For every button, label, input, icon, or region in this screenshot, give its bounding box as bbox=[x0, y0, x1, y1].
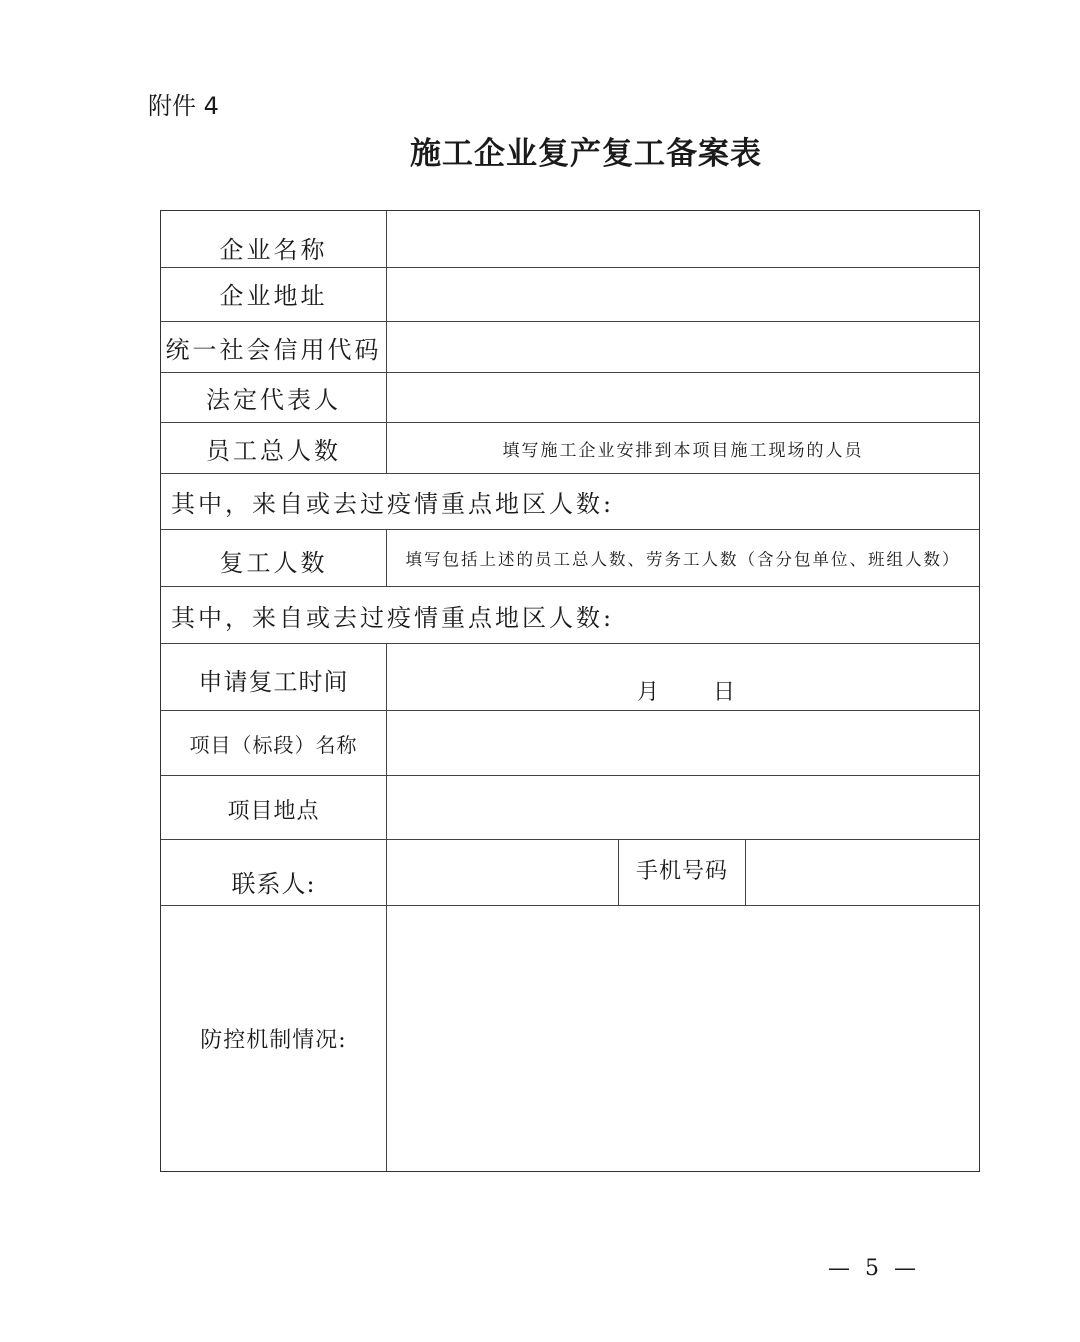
field-phone[interactable] bbox=[746, 840, 979, 905]
row-project-location: 项目地点 bbox=[161, 776, 979, 840]
row-company-name: 企业名称 bbox=[161, 211, 979, 268]
row-returning-epidemic-area: 其中，来自或去过疫情重点地区人数: bbox=[161, 587, 979, 644]
row-legal-rep: 法定代表人 bbox=[161, 373, 979, 423]
document-title: 施工企业复产复工备案表 bbox=[0, 128, 1080, 173]
attachment-label: 附件 4 bbox=[148, 86, 219, 121]
field-total-staff[interactable]: 填写施工企业安排到本项目施工现场的人员 bbox=[387, 423, 979, 473]
page-number: — 5 — bbox=[828, 1256, 920, 1281]
label-company-name: 企业名称 bbox=[161, 211, 387, 267]
row-credit-code: 统一社会信用代码 bbox=[161, 322, 979, 373]
field-prevention-mechanism[interactable] bbox=[387, 906, 979, 1171]
field-credit-code[interactable] bbox=[387, 322, 979, 372]
row-returning-workers: 复工人数 填写包括上述的员工总人数、劳务工人数（含分包单位、班组人数） bbox=[161, 530, 979, 587]
label-returning-workers: 复工人数 bbox=[161, 530, 387, 586]
label-contact: 联系人: bbox=[161, 840, 387, 905]
field-legal-rep[interactable] bbox=[387, 373, 979, 422]
field-resume-date[interactable]: 月 日 bbox=[387, 644, 979, 710]
field-project-location[interactable] bbox=[387, 776, 979, 839]
row-total-staff: 员工总人数 填写施工企业安排到本项目施工现场的人员 bbox=[161, 423, 979, 474]
field-company-address[interactable] bbox=[387, 268, 979, 321]
row-staff-epidemic-area: 其中，来自或去过疫情重点地区人数: bbox=[161, 474, 979, 530]
label-company-address: 企业地址 bbox=[161, 268, 387, 321]
field-contact-name[interactable] bbox=[387, 840, 619, 905]
row-contact: 联系人: 手机号码 bbox=[161, 840, 979, 906]
field-staff-epidemic-area[interactable]: 其中，来自或去过疫情重点地区人数: bbox=[161, 474, 979, 529]
field-project-name[interactable] bbox=[387, 711, 979, 775]
label-credit-code: 统一社会信用代码 bbox=[161, 322, 387, 372]
row-project-name: 项目（标段）名称 bbox=[161, 711, 979, 776]
field-returning-epidemic-area[interactable]: 其中，来自或去过疫情重点地区人数: bbox=[161, 587, 979, 643]
row-resume-date: 申请复工时间 月 日 bbox=[161, 644, 979, 711]
label-project-location: 项目地点 bbox=[161, 776, 387, 839]
field-returning-workers[interactable]: 填写包括上述的员工总人数、劳务工人数（含分包单位、班组人数） bbox=[387, 530, 979, 586]
label-resume-date: 申请复工时间 bbox=[161, 644, 387, 710]
row-company-address: 企业地址 bbox=[161, 268, 979, 322]
label-total-staff: 员工总人数 bbox=[161, 423, 387, 473]
filing-form-table: 企业名称 企业地址 统一社会信用代码 法定代表人 员工总人数 填写施工企业安排到… bbox=[160, 210, 980, 1172]
label-phone: 手机号码 bbox=[619, 840, 746, 905]
label-project-name: 项目（标段）名称 bbox=[161, 711, 387, 775]
label-legal-rep: 法定代表人 bbox=[161, 373, 387, 422]
field-company-name[interactable] bbox=[387, 211, 979, 267]
label-prevention-mechanism: 防控机制情况: bbox=[161, 906, 387, 1171]
day-label: 日 bbox=[713, 675, 737, 706]
row-prevention-mechanism: 防控机制情况: bbox=[161, 906, 979, 1171]
month-label: 月 bbox=[637, 675, 661, 706]
